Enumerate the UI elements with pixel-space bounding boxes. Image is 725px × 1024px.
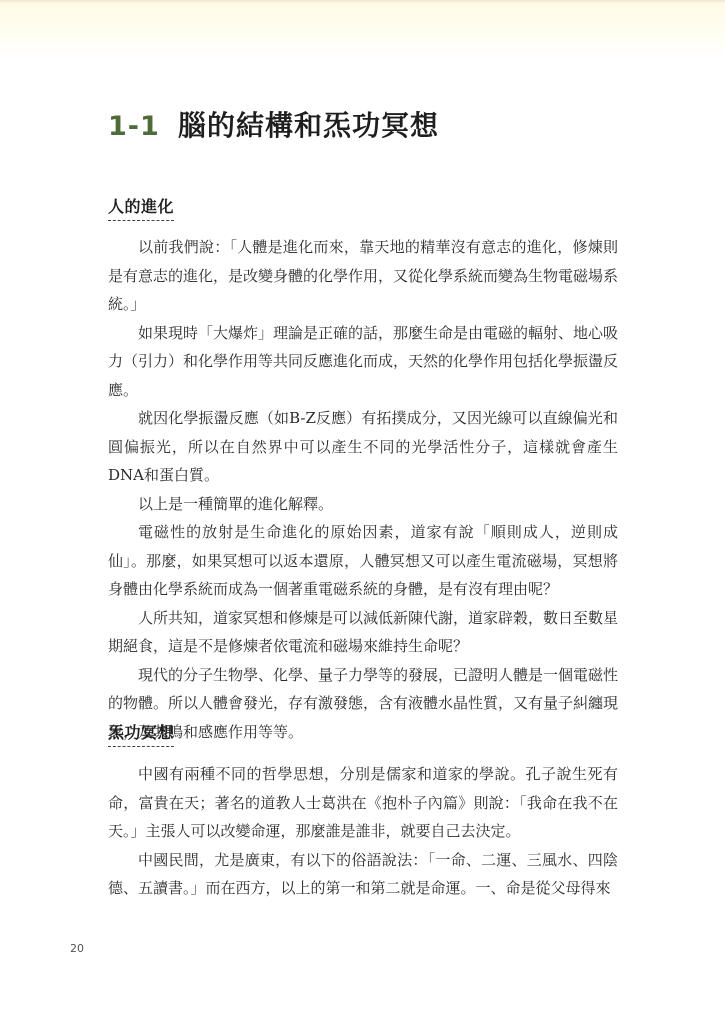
page-top-band bbox=[0, 0, 725, 60]
chapter-number: 1-1 bbox=[108, 111, 178, 142]
paragraph: 中國有兩種不同的哲學思想，分別是儒家和道家的學說。孔子說生死有命，富貴在天；著名… bbox=[108, 760, 618, 846]
paragraph: 人所共知，道家冥想和修煉是可以減低新陳代謝，道家辟穀，數日至數星期絕食，這是不是… bbox=[108, 604, 618, 661]
paragraph: 如果現時「大爆炸」理論是正確的話，那麼生命是由電磁的輻射、地心吸力（引力）和化學… bbox=[108, 319, 618, 405]
paragraph: 電磁性的放射是生命進化的原始因素，道家有說「順則成人，逆則成仙」。那麼，如果冥想… bbox=[108, 518, 618, 604]
chapter-title-text: 腦的結構和炁功冥想 bbox=[178, 104, 439, 144]
paragraph: 就因化學振盪反應（如B-Z反應）有拓撲成分，又因光線可以直線偏光和圓偏振光，所以… bbox=[108, 404, 618, 490]
chapter-title: 1-1 腦的結構和炁功冥想 bbox=[108, 104, 439, 144]
section-heading-evolution: 人的進化 bbox=[108, 194, 174, 221]
paragraph: 以前我們說：「人體是進化而來，靠天地的精華沒有意志的進化，修煉則是有意志的進化，… bbox=[108, 233, 618, 319]
paragraph: 以上是一種簡單的進化解釋。 bbox=[108, 490, 618, 519]
section-body-evolution: 以前我們說：「人體是進化而來，靠天地的精華沒有意志的進化，修煉則是有意志的進化，… bbox=[108, 233, 618, 746]
page-number: 20 bbox=[70, 942, 84, 955]
paragraph: 現代的分子生物學、化學、量子力學等的發展，已證明人體是一個電磁性的物體。所以人體… bbox=[108, 661, 618, 747]
section-heading-qigong-meditation: 炁功冥想 bbox=[108, 720, 174, 747]
paragraph: 中國民間，尤是廣東，有以下的俗語說法：「一命、二運、三風水、四陰德、五讀書。」而… bbox=[108, 846, 618, 903]
section-body-qigong-meditation: 中國有兩種不同的哲學思想，分別是儒家和道家的學說。孔子說生死有命，富貴在天；著名… bbox=[108, 760, 618, 903]
